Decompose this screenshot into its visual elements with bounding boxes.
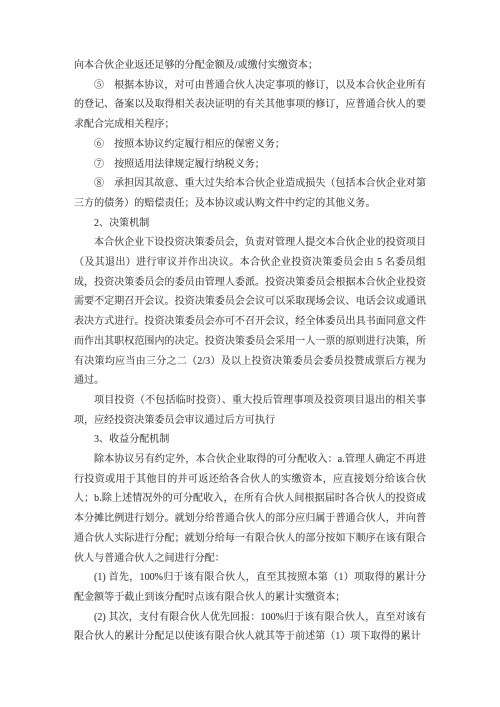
document-text-block: 向本合伙企业返还足够的分配金额及/或缴付实缴资本；⑤ 根据本协议，对可由普通合伙… (74, 56, 426, 647)
paragraph: ⑤ 根据本协议，对可由普通合伙人决定事项的修订，以及本合伙企业所有的登记、备案以… (74, 76, 426, 135)
paragraph: ⑧ 承担因其故意、重大过失给本合伙企业造成损失（包括本合伙企业对第三方的债务）的… (74, 174, 426, 213)
paragraph: (1) 首先，100%归于该有限合伙人，直至其按照本第（1）项取得的累计分配金额… (74, 568, 426, 607)
paragraph: (2) 其次，支付有限合伙人优先回报：100%归于该有限合伙人，直至对该有限合伙… (74, 608, 426, 647)
paragraph: 本合伙企业下设投资决策委员会，负责对管理人提交本合伙企业的投资项目（及其退出）进… (74, 233, 426, 391)
paragraph: 项目投资（不包括临时投资）、重大投后管理事项及投资项目退出的相关事项，应经投资决… (74, 391, 426, 430)
paragraph: ⑦ 按照适用法律规定履行纳税义务； (74, 155, 426, 175)
document-page: 向本合伙企业返还足够的分配金额及/或缴付实缴资本；⑤ 根据本协议，对可由普通合伙… (0, 0, 500, 707)
paragraph: 2、决策机制 (74, 214, 426, 234)
screenshot-root: { "page": { "background": "#fefefe", "te… (0, 0, 500, 707)
paragraph: 除本协议另有约定外，本合伙企业取得的可分配收入：a.管理人确定不再进行投资或用于… (74, 450, 426, 568)
paragraph: 3、收益分配机制 (74, 430, 426, 450)
paragraph: ⑥ 按照本协议约定履行相应的保密义务； (74, 135, 426, 155)
paragraph: 向本合伙企业返还足够的分配金额及/或缴付实缴资本； (74, 56, 426, 76)
